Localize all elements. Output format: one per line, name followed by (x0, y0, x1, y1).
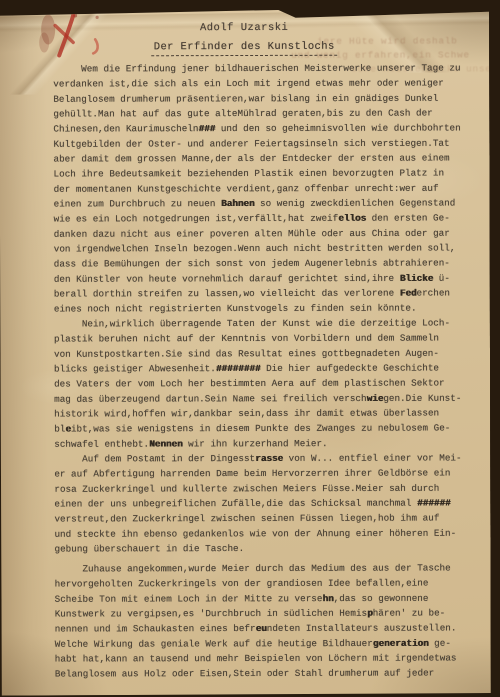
overstruck-text: Bahnen (221, 198, 255, 209)
text-line: blicks geistiger Abwesenheit.######## Di… (54, 360, 480, 376)
scanned-page-background: iere Hüte wird deshalb und wenig erfahre… (0, 0, 500, 697)
text-line: einen zum Durchbruch zu neuen Bahnen so … (54, 195, 480, 211)
text-line: von Kunstpostkarten.Sie sind das Resulta… (54, 346, 480, 362)
text-line: plastik beruhen nicht auf der Kenntnis v… (54, 330, 480, 346)
paragraph: Wem die Erfindung jener bildhauerischen … (53, 60, 480, 316)
overstruck-text: ### (198, 123, 215, 134)
text-line: Kunstwerk zu vergipsen,es 'Durchbruch in… (55, 605, 481, 621)
overstruck-text: Blicke (400, 273, 434, 284)
text-line: verstreut,den Zuckerkringel zwischen sei… (54, 510, 480, 526)
text-line: hervorgeholten Zuckerkringels von der gr… (55, 575, 481, 591)
text-line: Loch ihre Bedeutsamkeit beziehenden Plas… (54, 165, 480, 181)
text-line: nennen und im Schaukasten eines befreund… (55, 620, 481, 636)
overstruck-text: e (65, 423, 71, 434)
text-line: Zuhause angekommen,wurde Meier durch das… (55, 560, 481, 576)
overstruck-text: Fed (400, 288, 417, 299)
text-line: gehüllt.Man hat auf das gute alteMühlrad… (53, 105, 479, 121)
overstruck-text: p (367, 608, 373, 619)
paragraph: Nein,wirklich überragende Taten der Kuns… (54, 315, 480, 451)
text-line: von irgendwelchen Inseln bezogen.Wenn au… (54, 240, 480, 256)
text-line: Belanglosem drumherum präsentieren,war b… (53, 91, 479, 107)
text-line: und steckte ihn ebenso gedankenlos wie v… (54, 526, 480, 542)
text-line: bleibt,was sie wenigstens in diesem Punk… (54, 420, 480, 436)
text-line: habt hat,kann an tausend und mehr Beispi… (55, 650, 481, 666)
text-line: gebung überschauert in die Tasche. (54, 540, 480, 556)
document-author: Adolf Uzarski (0, 21, 489, 34)
text-line: Belanglosem aus Holz oder Eisen,Stein od… (55, 665, 481, 681)
text-line: wie es ein Loch notgedrungen ist,verfäll… (54, 210, 480, 226)
overstruck-text: Nennen (149, 438, 183, 449)
paragraph: Zuhause angekommen,wurde Meier durch das… (55, 560, 481, 681)
text-line: dass die Bemühungen der sich sonst von j… (54, 255, 480, 271)
document-title: Der Erfinder des Kunstlochs (0, 35, 489, 56)
overstruck-text: ######## (216, 363, 261, 374)
overstruck-text: ellos (338, 213, 366, 224)
text-line: danken dazu nicht aus einer poveren alte… (54, 226, 480, 242)
text-line: Auf dem Postamt in der Dingesstrasse von… (54, 450, 480, 466)
text-line: Chinesen,den Kaurimuscheln### und den so… (53, 120, 479, 136)
paragraph: Auf dem Postamt in der Dingesstrasse von… (54, 450, 480, 556)
manuscript-paper: iere Hüte wird deshalb und wenig erfahre… (0, 8, 491, 695)
text-line: rosa Zuckerkringel und kullerte zwischen… (54, 481, 480, 497)
overstruck-text: eu (256, 623, 267, 634)
text-line: einen der uns unbegreiflichen Zufälle,di… (54, 495, 480, 511)
overstruck-text: ###### (417, 497, 451, 508)
text-line: schwafel enthebt.Nennen wir ihn kurzerha… (54, 436, 480, 452)
text-line: Kultgebilden der Oster- und anderer Feie… (53, 136, 479, 152)
paper-left-edge-shadow (0, 10, 49, 696)
overstruck-text: hn (322, 593, 333, 604)
text-line: er auf Abfertigung harrenden Dame beim H… (54, 465, 480, 481)
overstruck-text: generation (373, 638, 429, 649)
text-line: verdanken ist,die sich als ein Loch mit … (53, 75, 479, 91)
overstruck-text: rasse (255, 453, 283, 464)
text-line: des Vaters der vom Loch her bestimmten A… (54, 375, 480, 391)
text-line: historik wird,hoffen wir,dankbar sein,da… (54, 405, 480, 421)
text-line: berall dorthin streifen zu lassen,wo vie… (54, 285, 480, 301)
body-text: Wem die Erfindung jener bildhauerischen … (53, 60, 481, 681)
overstruck-text: wie (367, 393, 384, 404)
document-title-text: Der Erfinder des Kunstlochs (151, 41, 338, 56)
text-line: Welche Wirkung das geniale Werk auf die … (55, 636, 481, 652)
text-line: der momentanen Kunstgeschichte verdient,… (54, 181, 480, 197)
text-line: Wem die Erfindung jener bildhauerischen … (53, 60, 479, 76)
text-line: Nein,wirklich überragende Taten der Kuns… (54, 315, 480, 331)
text-line: aber damit dem grossen Manne,der als der… (53, 150, 479, 166)
text-line: Scheibe Ton mit einem Loch in der Mitte … (55, 591, 481, 607)
text-line: den Künstler von heute vornehmlich darau… (54, 271, 480, 287)
text-line: eines noch nicht registrierten Kunstvoge… (54, 300, 480, 316)
text-line: mag das überzeugend dartun.Sein Name sei… (54, 391, 480, 407)
